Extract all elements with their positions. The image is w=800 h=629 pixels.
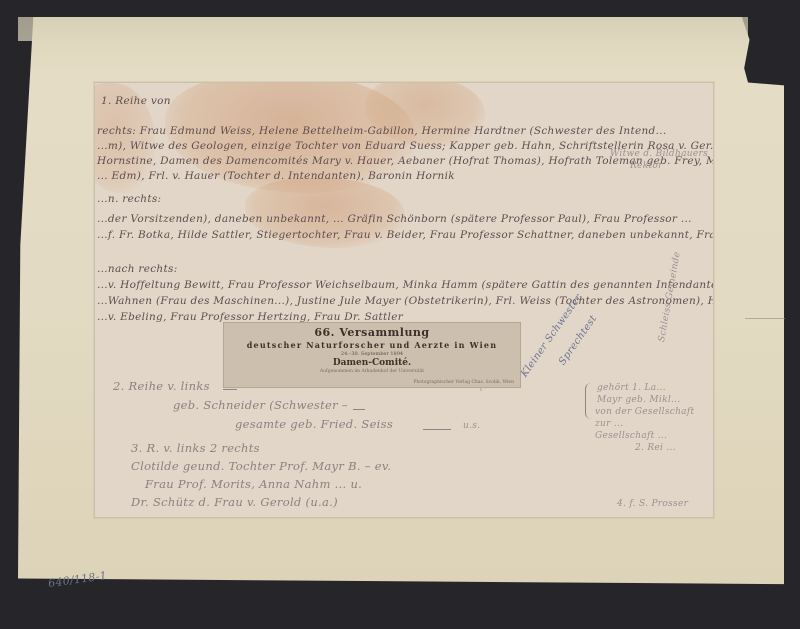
ink-line: ...Wahnen (Frau des Maschinen...), Justi… — [97, 295, 714, 307]
mount-tear — [745, 318, 785, 319]
pencil-bracket — [585, 383, 594, 419]
margin-note-top2: Rektor — [630, 161, 663, 171]
right-note: 2. Rei ... — [635, 443, 676, 453]
row3-line3: Dr. Schütz d. Frau v. Gerold (u.a.) — [131, 495, 338, 509]
ink-line: ...f. Fr. Botka, Hilde Sattler, Stiegert… — [97, 229, 714, 241]
row3-line2: Frau Prof. Morits, Anna Nahm ... u. — [145, 477, 362, 491]
mount-top-discoloration — [18, 17, 748, 41]
ink-line: ...der Vorsitzenden), daneben unbekannt,… — [97, 213, 692, 225]
pencil-dash — [223, 389, 237, 390]
handwritten-sheet: 1. Reihe von rechts: Frau Edmund Weiss, … — [94, 82, 714, 518]
row3-heading: 3. R. v. links 2 rechts — [131, 441, 260, 455]
row2-heading: 2. Reihe v. links — [113, 379, 210, 393]
row1-heading: 1. Reihe von — [101, 95, 171, 107]
right-note: von der Gesellschaft — [595, 407, 694, 417]
label-publisher: Photographischer Verlag Chas. Scolik, Wi… — [413, 380, 514, 385]
label-location: Aufgenommen im Arkadenhof der Universitä… — [224, 369, 520, 374]
ink-line: ... Edm), Frl. v. Hauer (Tochter d. Inte… — [97, 170, 455, 182]
label-subtitle: deutscher Naturforscher und Aerzte in Wi… — [224, 340, 520, 350]
row-heading: ...nach rechts: — [97, 263, 178, 275]
row3-line1: Clotilde geund. Tochter Prof. Mayr B. – … — [131, 459, 391, 473]
right-note: zur ... — [595, 419, 623, 429]
right-note: Mayr geb. Mikl... — [597, 395, 681, 405]
row-heading: ...n. rechts: — [97, 193, 161, 205]
signature: 4. f. S. Prosser — [617, 499, 688, 509]
ink-line: ...v. Hoffeltung Bewitt, Frau Professor … — [97, 279, 714, 291]
pencil-dash — [423, 429, 451, 430]
row2-line1: geb. Schneider (Schwester – — [173, 398, 348, 412]
pencil-dash — [353, 409, 365, 410]
right-note: gehört 1. La... — [597, 383, 666, 393]
row2-mark: u.s. — [463, 421, 480, 431]
right-note: Gesellschaft ... — [595, 431, 667, 441]
row2-line2: gesamte geb. Fried. Seiss — [235, 417, 393, 431]
ink-line: rechts: Frau Edmund Weiss, Helene Bettel… — [97, 125, 667, 137]
margin-note-top: Witwe d. Bildhauers — [610, 149, 708, 159]
label-date: 24.–30. September 1894 — [224, 351, 520, 357]
printed-label: 66. Versammlung deutscher Naturforscher … — [223, 322, 521, 388]
label-committee: Damen-Comité. — [224, 358, 520, 368]
label-title: 66. Versammlung — [224, 326, 520, 339]
